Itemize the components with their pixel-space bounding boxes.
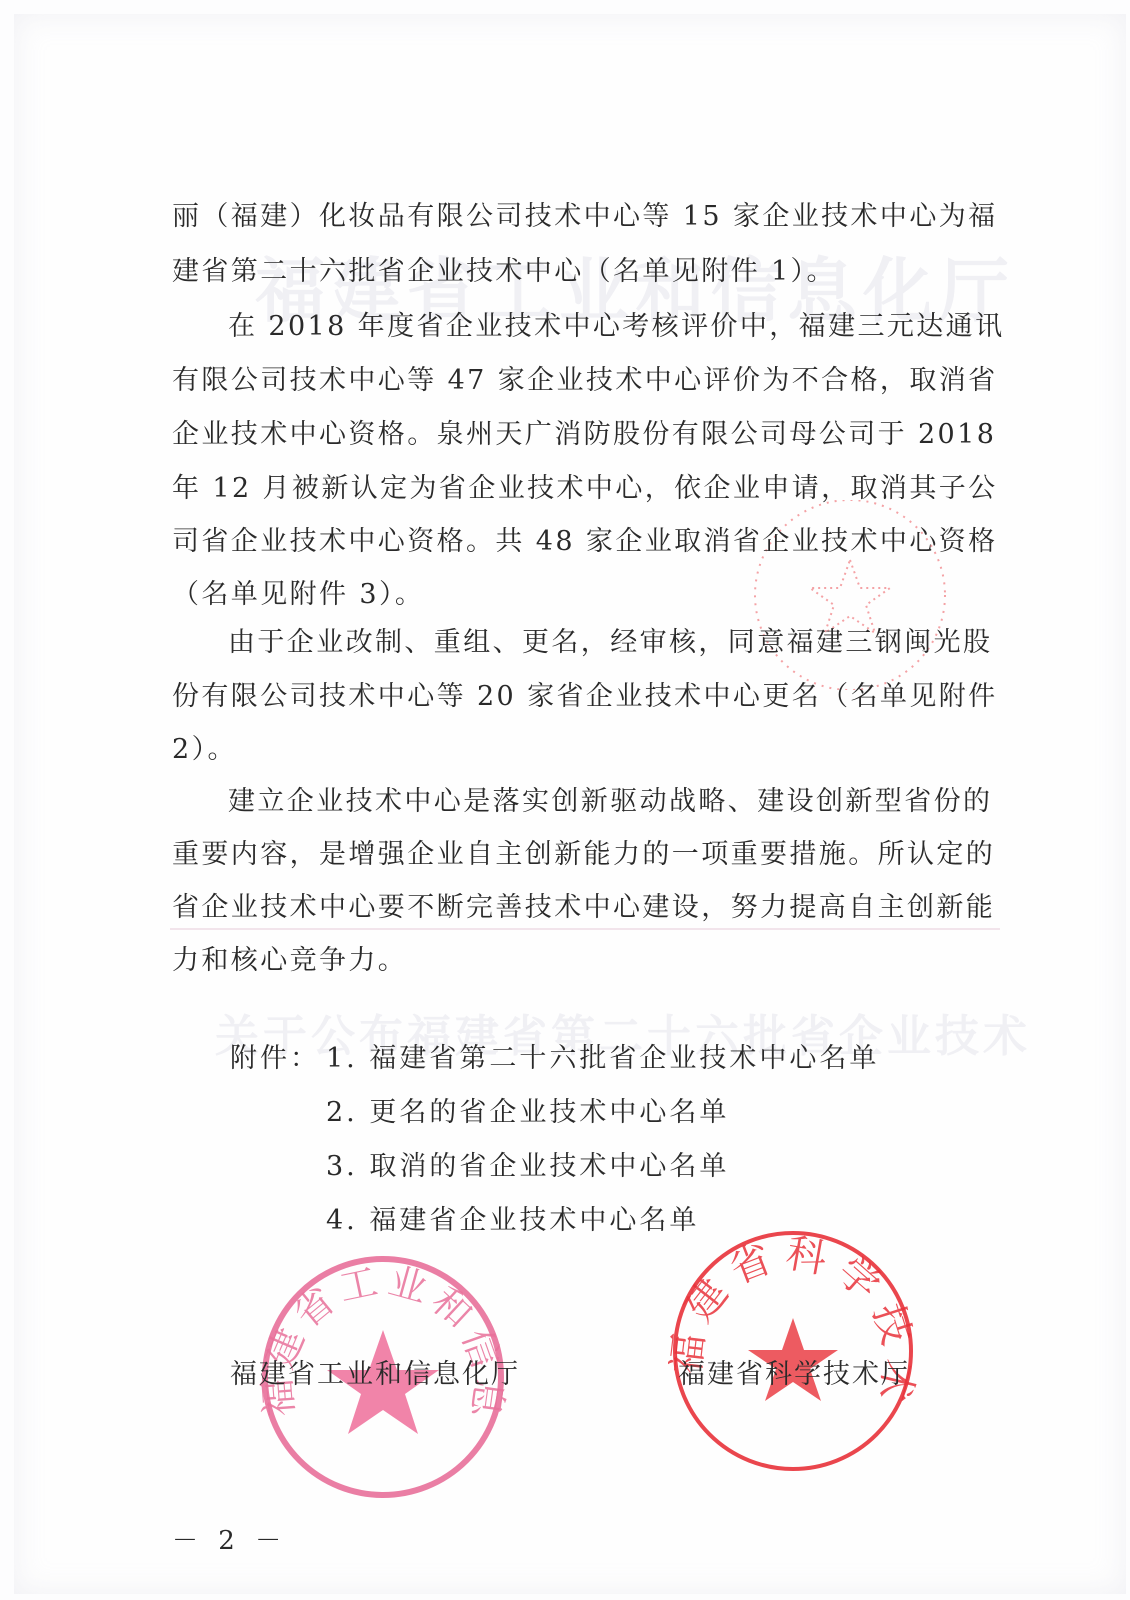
- attachment-item: 2. 更名的省企业技术中心名单: [326, 1096, 729, 1130]
- body-line: 司省企业技术中心资格。共 48 家企业取消省企业技术中心资格: [172, 525, 992, 559]
- body-line: 在 2018 年度省企业技术中心考核评价中，福建三元达通讯: [228, 310, 1048, 344]
- attachment-item: 3. 取消的省企业技术中心名单: [326, 1150, 729, 1184]
- body-line: 企业技术中心资格。泉州天广消防股份有限公司母公司于 2018: [172, 418, 992, 452]
- body-line: 份有限公司技术中心等 20 家省企业技术中心更名（名单见附件: [172, 680, 992, 714]
- signatory-industry-it: 福建省工业和信息化厅: [230, 1358, 520, 1392]
- body-line: 有限公司技术中心等 47 家企业技术中心评价为不合格，取消省: [172, 364, 992, 398]
- bleed-through-rule: [170, 928, 1000, 930]
- page-number: － 2 －: [172, 1520, 287, 1557]
- body-line: 重要内容，是增强企业自主创新能力的一项重要措施。所认定的: [172, 838, 992, 872]
- body-line: 丽（福建）化妆品有限公司技术中心等 15 家企业技术中心为福: [172, 200, 992, 234]
- document-page: 福建省工业和信息化厅 关于公布福建省第二十六批省企业技术 丽（福建）化妆品有限公…: [0, 0, 1130, 1600]
- body-line: 2）。: [172, 733, 992, 767]
- body-line: 建省第二十六批省企业技术中心（名单见附件 1）。: [172, 255, 992, 289]
- body-line: 年 12 月被新认定为省企业技术中心，依企业申请，取消其子公: [172, 472, 992, 506]
- attachments-label: 附件：: [230, 1042, 320, 1076]
- attachment-item: 1. 福建省第二十六批省企业技术中心名单: [326, 1042, 879, 1076]
- body-line: 省企业技术中心要不断完善技术中心建设，努力提高自主创新能: [172, 891, 992, 925]
- body-line: （名单见附件 3）。: [172, 578, 992, 612]
- body-line: 力和核心竞争力。: [172, 944, 992, 978]
- seal-stamp-science-tech: 福建省科学技术厅: [668, 1226, 918, 1476]
- attachment-item: 4. 福建省企业技术中心名单: [326, 1204, 699, 1238]
- signatory-science-tech: 福建省科学技术厅: [678, 1358, 910, 1392]
- body-line: 建立企业技术中心是落实创新驱动战略、建设创新型省份的: [228, 785, 1048, 819]
- body-line: 由于企业改制、重组、更名，经审核，同意福建三钢闽光股: [228, 626, 1048, 660]
